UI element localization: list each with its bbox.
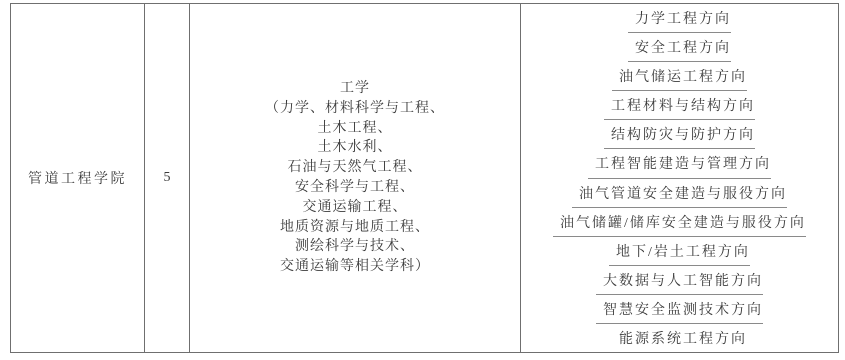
direction-cell: 油气管道安全建造与服役方向: [572, 179, 787, 208]
discipline-line: （力学、材料科学与工程、: [265, 99, 445, 119]
direction-cell: 油气储罐/储库安全建造与服役方向: [553, 208, 806, 237]
direction-cell: 结构防灾与防护方向: [604, 120, 755, 149]
quota-value: 5: [164, 170, 171, 186]
college-name: 管道工程学院: [28, 168, 127, 188]
discipline-line: 工学: [340, 79, 370, 99]
college-name-cell: 管道工程学院: [11, 4, 145, 352]
discipline-line: 交通运输工程、: [303, 198, 408, 218]
direction-cell: 工程材料与结构方向: [604, 91, 755, 120]
direction-cell: 油气储运工程方向: [612, 62, 747, 91]
direction-cell: 智慧安全监测技术方向: [596, 295, 763, 324]
quota-cell: 5: [145, 4, 190, 352]
discipline-line: 土木工程、: [318, 119, 393, 139]
direction-list: 力学工程方向安全工程方向油气储运工程方向工程材料与结构方向结构防灾与防护方向工程…: [521, 4, 838, 352]
discipline-line: 石油与天然气工程、: [288, 158, 423, 178]
direction-cell: 安全工程方向: [628, 33, 731, 62]
college-directions-table: 管道工程学院 5 工学（力学、材料科学与工程、土木工程、土木水利、石油与天然气工…: [10, 3, 839, 353]
direction-cell: 工程智能建造与管理方向: [588, 149, 771, 178]
discipline-line: 交通运输等相关学科）: [280, 257, 430, 277]
direction-cell: 地下/岩土工程方向: [609, 237, 750, 266]
discipline-line: 安全科学与工程、: [295, 178, 415, 198]
direction-cell: 大数据与人工智能方向: [596, 266, 763, 295]
discipline-line: 测绘科学与技术、: [295, 237, 415, 257]
discipline-cell: 工学（力学、材料科学与工程、土木工程、土木水利、石油与天然气工程、安全科学与工程…: [190, 4, 521, 352]
direction-cell: 能源系统工程方向: [612, 324, 747, 352]
direction-cell: 力学工程方向: [628, 4, 731, 33]
discipline-line: 地质资源与地质工程、: [280, 218, 430, 238]
discipline-line: 土木水利、: [318, 138, 393, 158]
